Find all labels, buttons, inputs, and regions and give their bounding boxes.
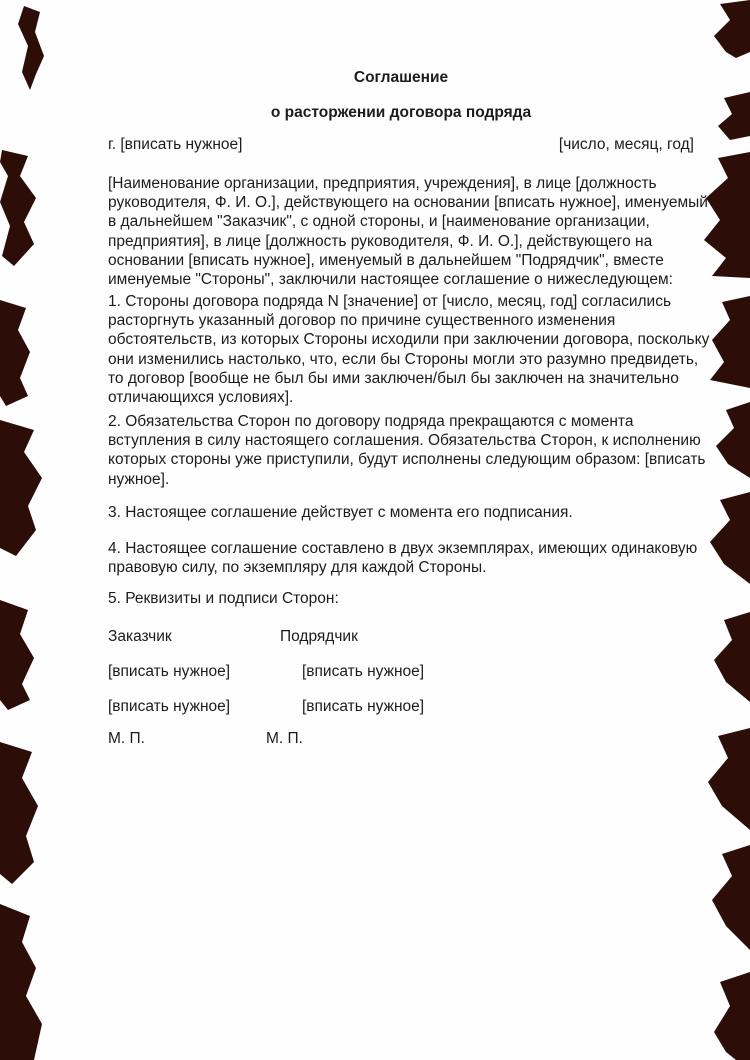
signature-fill-row-2: [вписать нужное] [вписать нужное] (108, 697, 694, 717)
torn-edge-right-decoration (700, 0, 750, 1060)
document-body: Соглашение о расторжении договора подряд… (108, 0, 694, 1060)
torn-edge-left-decoration (0, 0, 50, 1060)
torn-edge-mark (0, 600, 34, 710)
torn-edge-mark (0, 742, 38, 884)
torn-edge-mark (0, 300, 30, 406)
customer-fill-in-2: [вписать нужное] (108, 697, 230, 716)
torn-edge-mark (0, 420, 42, 556)
clause-5-paragraph: 5. Реквизиты и подписи Сторон: (108, 589, 339, 608)
torn-edge-mark (710, 492, 750, 584)
torn-edge-mark (716, 402, 750, 478)
contractor-label: Подрядчик (280, 627, 358, 646)
clause-1-paragraph: 1. Стороны договора подряда N [значение]… (108, 292, 709, 407)
torn-edge-mark (710, 296, 750, 388)
torn-edge-mark (714, 612, 750, 702)
torn-edge-mark (712, 845, 750, 950)
torn-edge-mark (714, 0, 750, 58)
torn-edge-mark (708, 728, 750, 830)
contractor-fill-in-1: [вписать нужное] (302, 662, 424, 681)
seal-row: М. П. М. П. (108, 729, 694, 749)
signature-headers-row: Заказчик Подрядчик (108, 627, 694, 647)
contractor-seal-label: М. П. (266, 729, 303, 748)
clause-4-paragraph: 4. Настоящее соглашение составлено в дву… (108, 539, 697, 577)
torn-edge-mark (0, 904, 42, 1060)
document-subtitle: о расторжении договора подряда (108, 103, 694, 122)
contractor-fill-in-2: [вписать нужное] (302, 697, 424, 716)
parties-intro-paragraph: [Наименование организации, предприятия, … (108, 174, 708, 289)
document-title: Соглашение (108, 68, 694, 87)
torn-edge-mark (704, 152, 750, 278)
customer-fill-in-1: [вписать нужное] (108, 662, 230, 681)
torn-edge-mark (18, 6, 44, 90)
torn-edge-mark (714, 972, 750, 1060)
place-field: г. [вписать нужное] (108, 135, 242, 154)
date-field: [число, месяц, год] (559, 135, 694, 154)
clause-2-paragraph: 2. Обязательства Сторон по договору подр… (108, 412, 706, 489)
torn-edge-mark (0, 150, 36, 266)
customer-label: Заказчик (108, 627, 172, 646)
torn-edge-mark (718, 92, 750, 140)
customer-seal-label: М. П. (108, 729, 145, 748)
clause-3-paragraph: 3. Настоящее соглашение действует с моме… (108, 503, 573, 522)
document-page: Соглашение о расторжении договора подряд… (0, 0, 750, 1060)
signature-fill-row-1: [вписать нужное] [вписать нужное] (108, 662, 694, 682)
place-date-row: г. [вписать нужное] [число, месяц, год] (108, 135, 694, 154)
